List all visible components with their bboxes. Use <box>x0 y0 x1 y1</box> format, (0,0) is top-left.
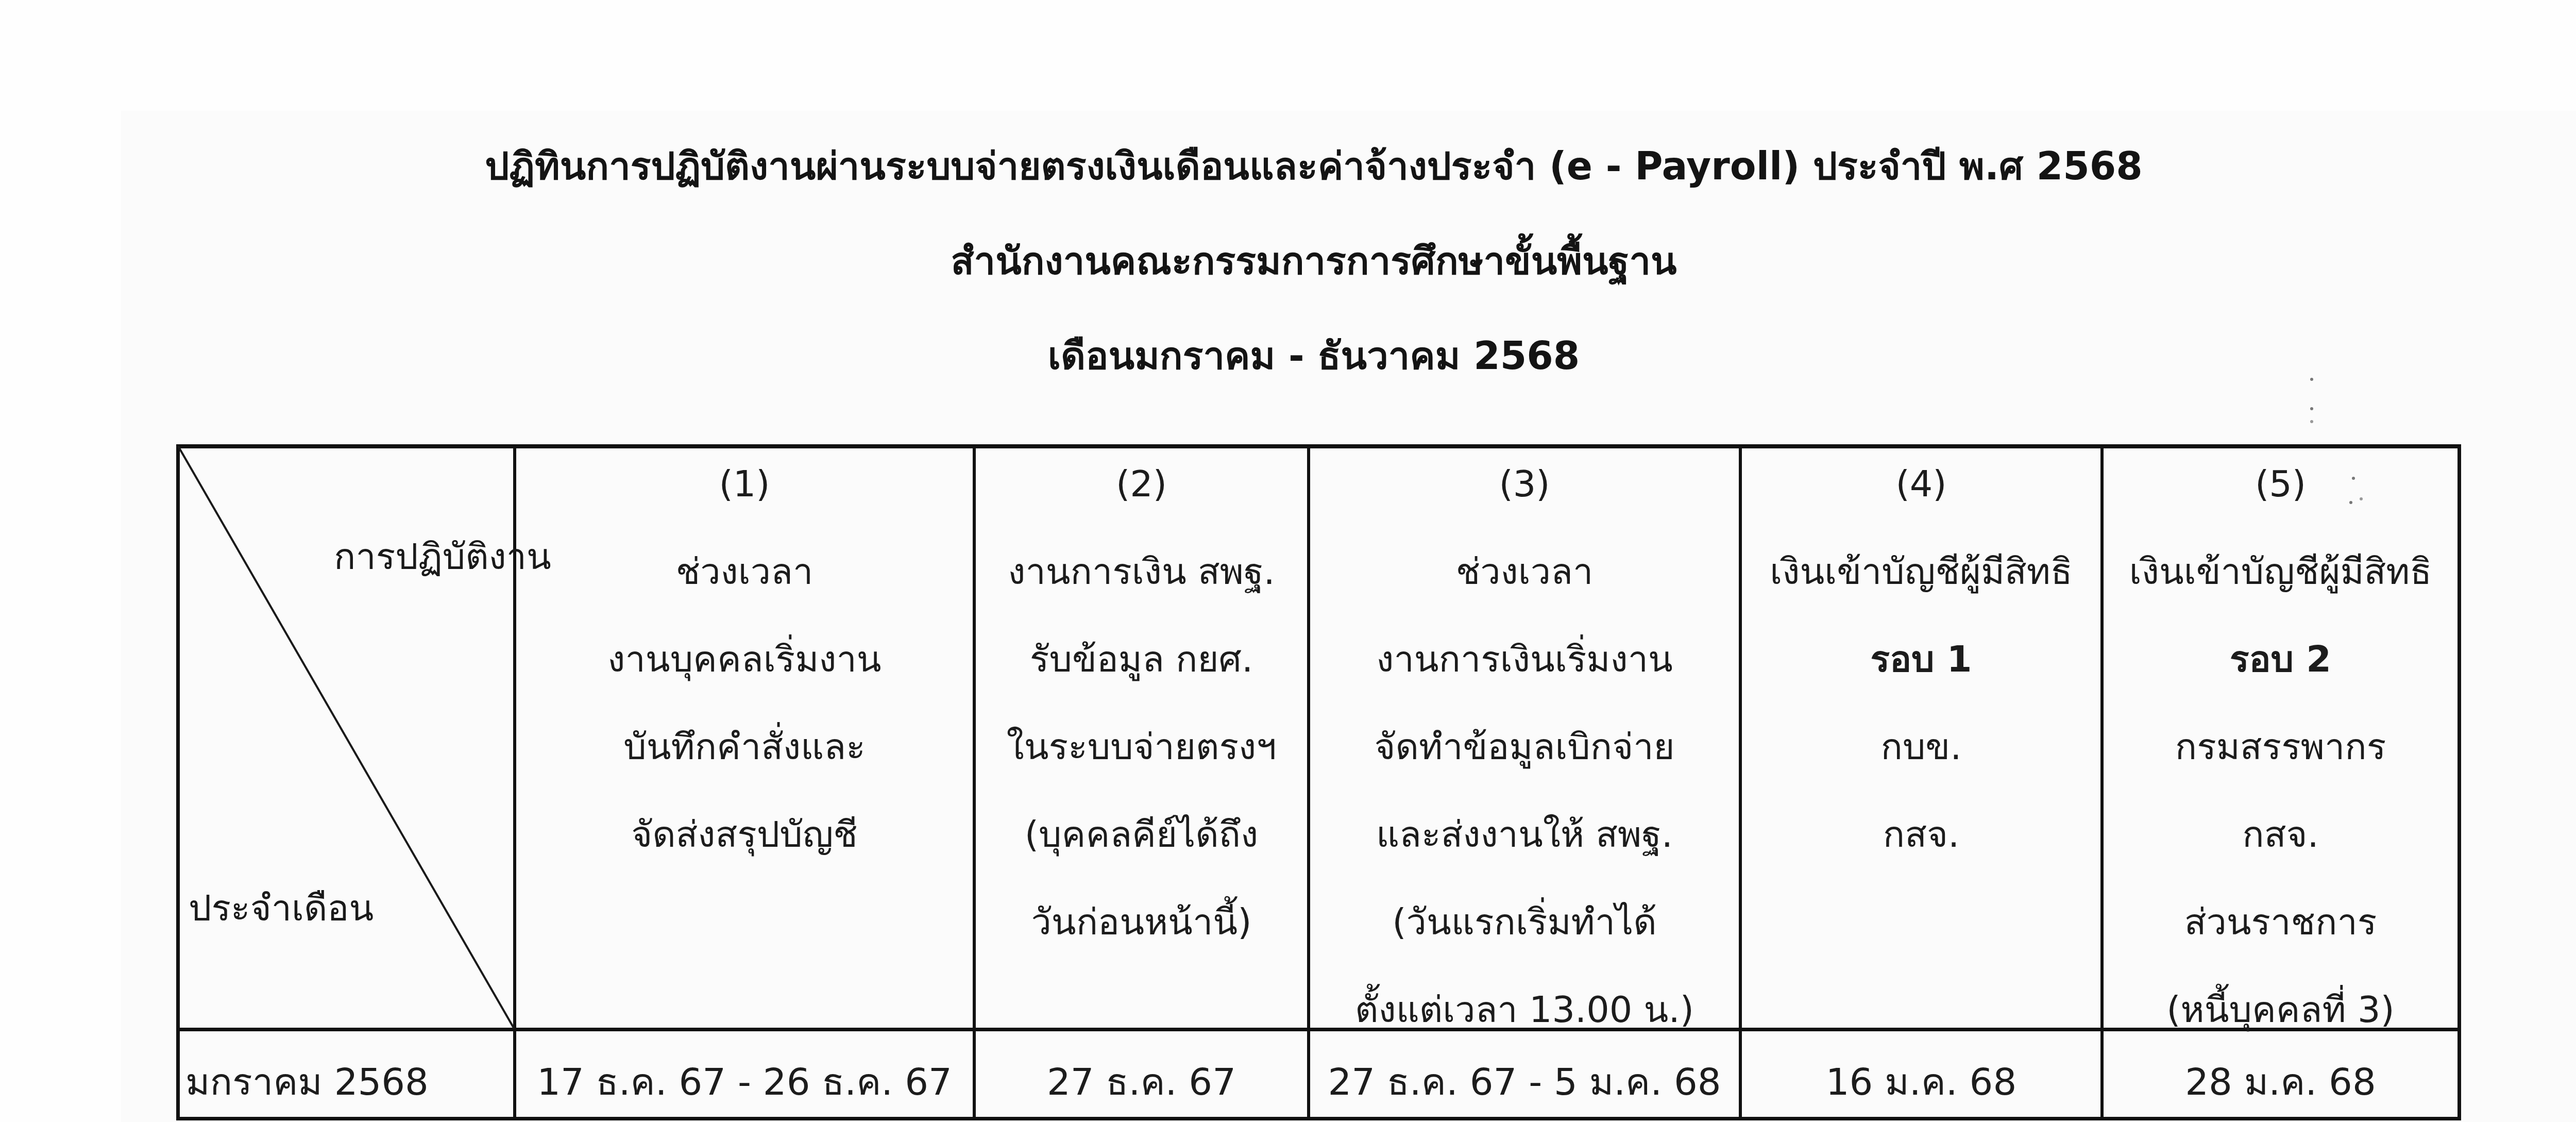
row-value-col-1: 17 ธ.ค. 67 - 26 ธ.ค. 67 <box>516 1038 973 1122</box>
col-5-line: กสจ. <box>2104 791 2458 878</box>
header-col-1: (1) ช่วงเวลา งานบุคคลเริ่มงาน บันทึกคำสั… <box>516 440 973 878</box>
col-2-line: รับข้อมูล กยศ. <box>976 615 1307 703</box>
col-5-line: ส่วนราชการ <box>2104 878 2458 966</box>
row-month: มกราคม 2568 <box>185 1038 513 1122</box>
col-2-line: ในระบบจ่ายตรงฯ <box>976 703 1307 791</box>
col-3-line: งานการเงินเริ่มงาน <box>1310 615 1739 703</box>
col-3-line: (วันแรกเริ่มทำได้ <box>1310 878 1739 966</box>
col-2-line: วันก่อนหน้านี้) <box>976 878 1307 966</box>
header-col-3: (3) ช่วงเวลา งานการเงินเริ่มงาน จัดทำข้อ… <box>1310 440 1739 1053</box>
document-period: เดือนมกราคม - ธันวาคม 2568 <box>0 328 2576 384</box>
col-4-line: กสจ. <box>1742 791 2100 878</box>
col-3-number: (3) <box>1310 440 1739 528</box>
col-3-line: และส่งงานให้ สพฐ. <box>1310 791 1739 878</box>
header-col-4: (4) เงินเข้าบัญชีผู้มีสิทธิ รอบ 1 กบข. ก… <box>1742 440 2100 878</box>
header-col-5: (5) เงินเข้าบัญชีผู้มีสิทธิ รอบ 2 กรมสรร… <box>2104 440 2458 1053</box>
row-value-col-3: 27 ธ.ค. 67 - 5 ม.ค. 68 <box>1310 1038 1739 1122</box>
col-1-number: (1) <box>516 440 973 528</box>
col-3-line: ช่วงเวลา <box>1310 528 1739 615</box>
corner-label-month: ประจำเดือน <box>189 882 374 934</box>
row-value-col-4: 16 ม.ค. 68 <box>1742 1038 2100 1122</box>
row-value-col-5: 28 ม.ค. 68 <box>2104 1038 2458 1122</box>
col-1-line: ช่วงเวลา <box>516 528 973 615</box>
col-1-line: จัดส่งสรุปบัญชี <box>516 791 973 878</box>
col-4-line: กบข. <box>1742 703 2100 791</box>
document-title: ปฏิทินการปฏิบัติงานผ่านระบบจ่ายตรงเงินเด… <box>0 138 2576 195</box>
document-subtitle: สำนักงานคณะกรรมการการศึกษาขั้นพื้นฐาน <box>0 233 2576 290</box>
col-5-round-label: รอบ 2 <box>2104 615 2458 703</box>
col-1-line: งานบุคคลเริ่มงาน <box>516 615 973 703</box>
col-5-number: (5) <box>2104 440 2458 528</box>
col-5-line: เงินเข้าบัญชีผู้มีสิทธิ <box>2104 528 2458 615</box>
col-4-line: เงินเข้าบัญชีผู้มีสิทธิ <box>1742 528 2100 615</box>
header-col-2: (2) งานการเงิน สพฐ. รับข้อมูล กยศ. ในระบ… <box>976 440 1307 966</box>
col-2-line: (บุคคลคีย์ได้ถึง <box>976 791 1307 878</box>
col-3-line: จัดทำข้อมูลเบิกจ่าย <box>1310 703 1739 791</box>
col-1-line: บันทึกคำสั่งและ <box>516 703 973 791</box>
payroll-calendar-table: การปฏิบัติงาน ประจำเดือน (1) ช่วงเวลา งา… <box>176 444 2461 1120</box>
col-5-line: กรมสรรพากร <box>2104 703 2458 791</box>
col-2-number: (2) <box>976 440 1307 528</box>
col-4-round-label: รอบ 1 <box>1742 615 2100 703</box>
col-2-line: งานการเงิน สพฐ. <box>976 528 1307 615</box>
row-value-col-2: 27 ธ.ค. 67 <box>976 1038 1307 1122</box>
col-4-number: (4) <box>1742 440 2100 528</box>
